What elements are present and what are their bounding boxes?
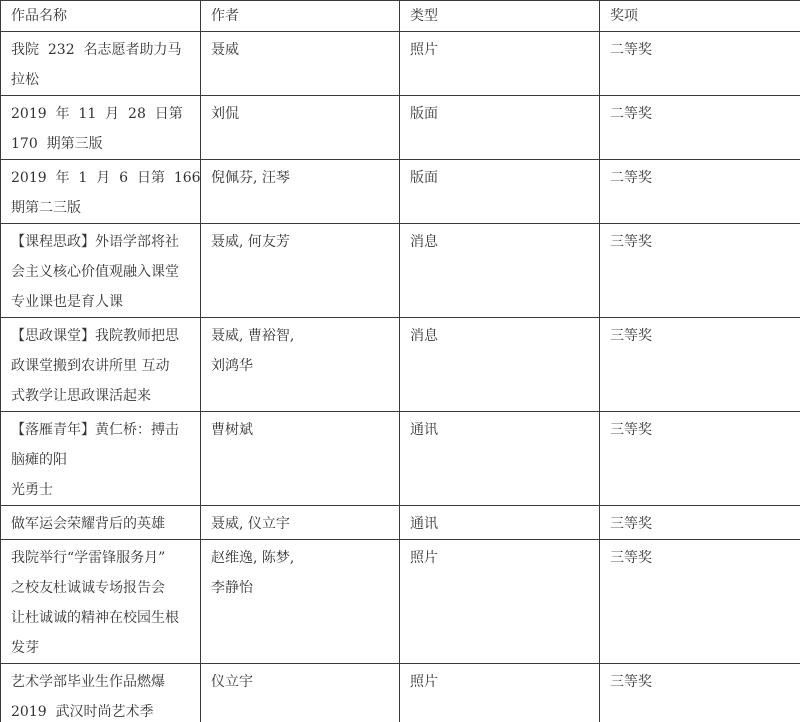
cell-award: 三等奖 [600, 506, 800, 540]
cell-type: 通讯 [400, 506, 600, 540]
cell-award: 三等奖 [600, 664, 800, 722]
cell-award: 三等奖 [600, 224, 800, 318]
cell-author: 仪立宇 [201, 664, 400, 722]
cell-award: 三等奖 [600, 318, 800, 412]
table-row: 我院 232 名志愿者助力马拉松聂威照片二等奖 [1, 32, 800, 96]
cell-type: 版面 [400, 96, 600, 160]
table-row: 我院举行“学雷锋服务月”之校友杜诚诚专场报告会让杜诚诚的精神在校园生根发芽赵维逸… [1, 540, 800, 664]
cell-type: 通讯 [400, 412, 600, 506]
cell-award: 二等奖 [600, 160, 800, 224]
title-line: 期第二三版 [11, 193, 190, 223]
title-line: 艺术学部毕业生作品燃爆 [11, 667, 190, 697]
header-award: 奖项 [600, 1, 800, 32]
author-line: 聂威 [211, 35, 389, 65]
header-type: 类型 [400, 1, 600, 32]
cell-type: 照片 [400, 32, 600, 96]
cell-author: 刘侃 [201, 96, 400, 160]
cell-title: 2019 年 1 月 6 日第 166期第二三版 [1, 160, 201, 224]
cell-type: 消息 [400, 224, 600, 318]
cell-title: 【思政课堂】我院教师把思政课堂搬到农讲所里 互动式教学让思政课活起来 [1, 318, 201, 412]
table-body: 我院 232 名志愿者助力马拉松聂威照片二等奖2019 年 11 月 28 日第… [1, 32, 800, 722]
title-line: 2019 年 1 月 6 日第 166 [11, 163, 190, 193]
cell-type: 版面 [400, 160, 600, 224]
cell-award: 三等奖 [600, 540, 800, 664]
cell-author: 聂威 [201, 32, 400, 96]
cell-award: 二等奖 [600, 32, 800, 96]
title-line: 我院举行“学雷锋服务月” [11, 543, 190, 573]
cell-title: 做军运会荣耀背后的英雄 [1, 506, 201, 540]
table-row: 【课程思政】外语学部将社会主义核心价值观融入课堂专业课也是育人课聂威, 何友芳消… [1, 224, 800, 318]
author-line: 李静怡 [211, 573, 389, 603]
cell-title: 我院举行“学雷锋服务月”之校友杜诚诚专场报告会让杜诚诚的精神在校园生根发芽 [1, 540, 201, 664]
table-row: 2019 年 1 月 6 日第 166期第二三版倪佩芬, 汪琴版面二等奖 [1, 160, 800, 224]
title-line: 拉松 [11, 65, 190, 95]
title-line: 发芽 [11, 633, 190, 663]
author-line: 仪立宇 [211, 667, 389, 697]
author-line: 倪佩芬, 汪琴 [211, 163, 389, 193]
cell-author: 赵维逸, 陈梦,李静怡 [201, 540, 400, 664]
title-line: 做军运会荣耀背后的英雄 [11, 509, 190, 539]
title-line: 【落雁青年】黄仁桥：搏击 [11, 415, 190, 445]
table-row: 做军运会荣耀背后的英雄聂威, 仪立宇通讯三等奖 [1, 506, 800, 540]
title-line: 政课堂搬到农讲所里 互动 [11, 351, 190, 381]
cell-author: 倪佩芬, 汪琴 [201, 160, 400, 224]
author-line: 聂威, 何友芳 [211, 227, 389, 257]
cell-author: 聂威, 何友芳 [201, 224, 400, 318]
title-line: 【课程思政】外语学部将社 [11, 227, 190, 257]
awards-table: 作品名称 作者 类型 奖项 我院 232 名志愿者助力马拉松聂威照片二等奖201… [0, 0, 800, 722]
table-row: 【落雁青年】黄仁桥：搏击脑瘫的阳光勇士曹树斌通讯三等奖 [1, 412, 800, 506]
title-line: 2019 年 11 月 28 日第 [11, 99, 190, 129]
cell-type: 照片 [400, 540, 600, 664]
table-row: 【思政课堂】我院教师把思政课堂搬到农讲所里 互动式教学让思政课活起来聂威, 曹裕… [1, 318, 800, 412]
title-line: 之校友杜诚诚专场报告会 [11, 573, 190, 603]
cell-title: 【课程思政】外语学部将社会主义核心价值观融入课堂专业课也是育人课 [1, 224, 201, 318]
header-author: 作者 [201, 1, 400, 32]
cell-title: 2019 年 11 月 28 日第170 期第三版 [1, 96, 201, 160]
cell-title: 【落雁青年】黄仁桥：搏击脑瘫的阳光勇士 [1, 412, 201, 506]
author-line: 聂威, 仪立宇 [211, 509, 389, 539]
cell-author: 聂威, 仪立宇 [201, 506, 400, 540]
title-line: 会主义核心价值观融入课堂 [11, 257, 190, 287]
title-line: 式教学让思政课活起来 [11, 381, 190, 411]
cell-author: 聂威, 曹裕智,刘鸿华 [201, 318, 400, 412]
table-row: 2019 年 11 月 28 日第170 期第三版刘侃版面二等奖 [1, 96, 800, 160]
cell-author: 曹树斌 [201, 412, 400, 506]
title-line: 脑瘫的阳 [11, 445, 190, 475]
title-line: 我院 232 名志愿者助力马 [11, 35, 190, 65]
title-line: 让杜诚诚的精神在校园生根 [11, 603, 190, 633]
author-line: 赵维逸, 陈梦, [211, 543, 389, 573]
title-line: 【思政课堂】我院教师把思 [11, 321, 190, 351]
header-row: 作品名称 作者 类型 奖项 [1, 1, 800, 32]
cell-title: 我院 232 名志愿者助力马拉松 [1, 32, 201, 96]
title-line: 170 期第三版 [11, 129, 190, 159]
author-line: 聂威, 曹裕智, [211, 321, 389, 351]
title-line: 光勇士 [11, 475, 190, 505]
cell-title: 艺术学部毕业生作品燃爆2019 武汉时尚艺术季 [1, 664, 201, 722]
title-line: 专业课也是育人课 [11, 287, 190, 317]
cell-award: 三等奖 [600, 412, 800, 506]
author-line: 刘鸿华 [211, 351, 389, 381]
author-line: 刘侃 [211, 99, 389, 129]
author-line: 曹树斌 [211, 415, 389, 445]
header-title: 作品名称 [1, 1, 201, 32]
title-line: 2019 武汉时尚艺术季 [11, 697, 190, 722]
cell-type: 消息 [400, 318, 600, 412]
table-row: 艺术学部毕业生作品燃爆2019 武汉时尚艺术季仪立宇照片三等奖 [1, 664, 800, 722]
cell-award: 二等奖 [600, 96, 800, 160]
cell-type: 照片 [400, 664, 600, 722]
